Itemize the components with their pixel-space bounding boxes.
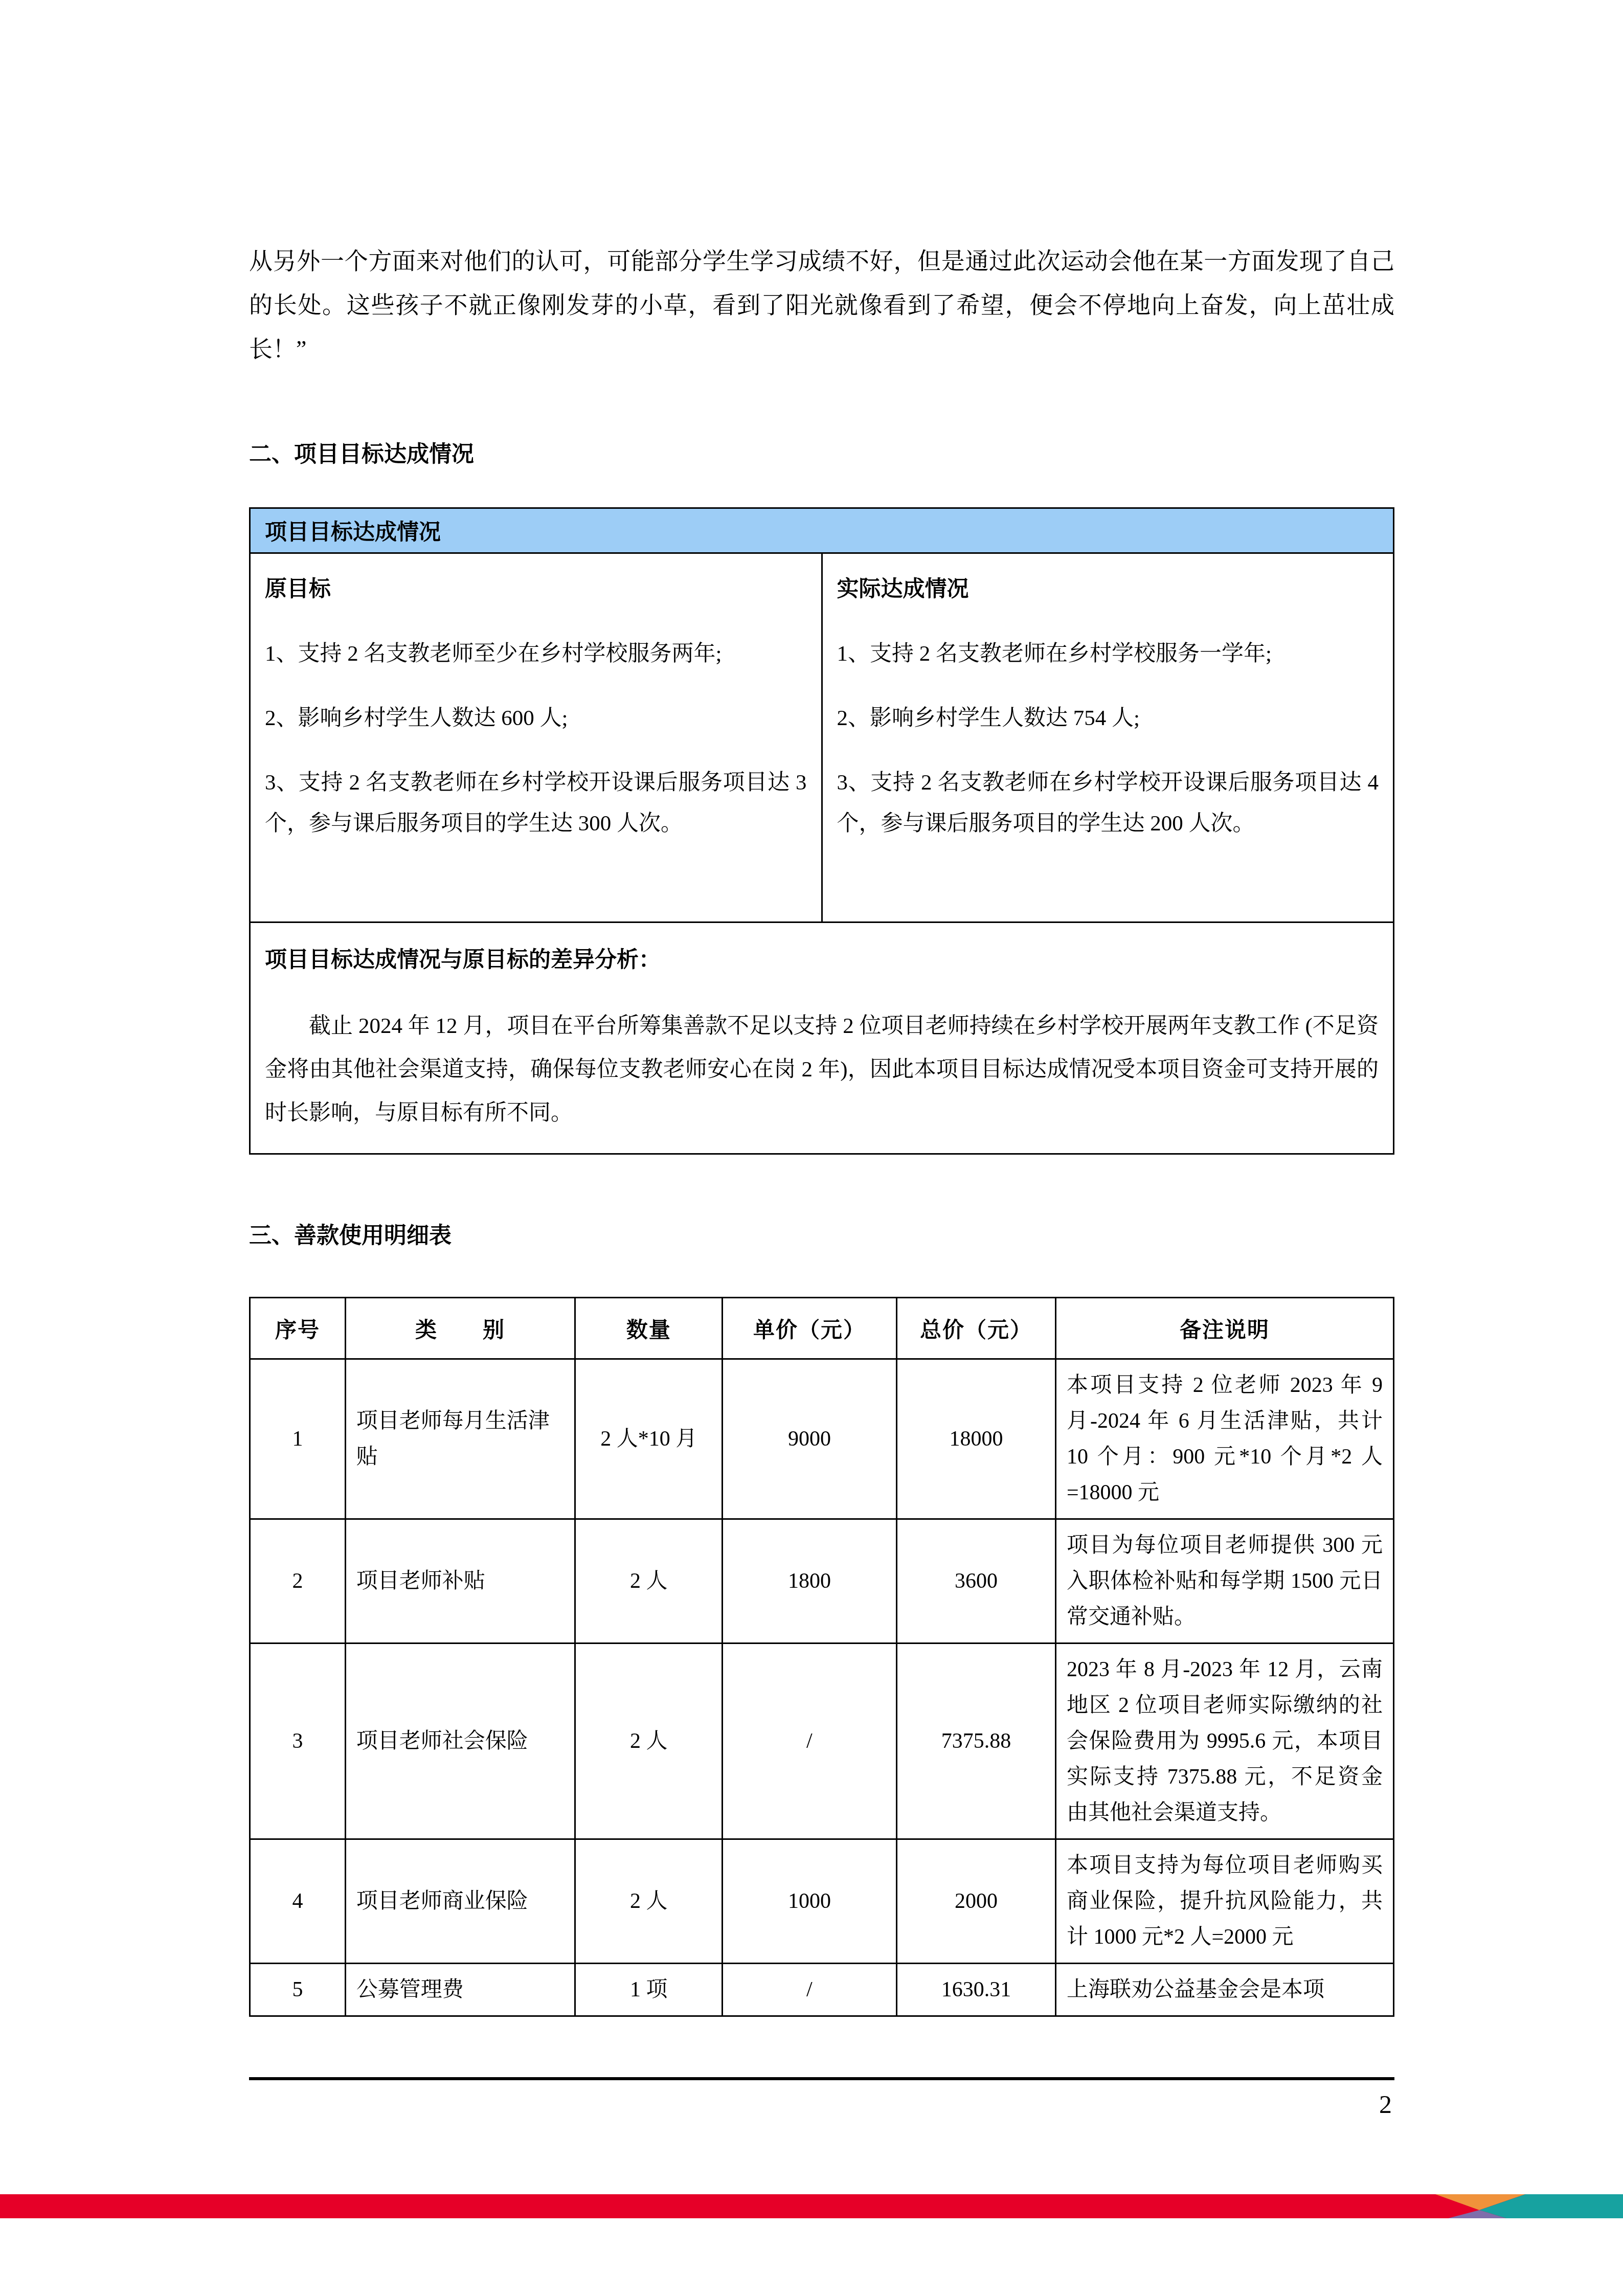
goals-table: 项目目标达成情况 原目标 1、支持 2 名支教老师至少在乡村学校服务两年; 2、…	[249, 507, 1394, 1155]
original-goal-item: 1、支持 2 名支教老师至少在乡村学校服务两年;	[265, 634, 807, 674]
actual-goal-cell: 实际达成情况 1、支持 2 名支教老师在乡村学校服务一学年; 2、影响乡村学生人…	[822, 553, 1394, 922]
original-goal-cell: 原目标 1、支持 2 名支教老师至少在乡村学校服务两年; 2、影响乡村学生人数达…	[250, 553, 822, 922]
actual-goal-item: 2、影响乡村学生人数达 754 人;	[837, 698, 1379, 739]
page-content: 从另外一个方面来对他们的认可，可能部分学生学习成绩不好，但是通过此次运动会他在某…	[249, 239, 1394, 2080]
column-header-unit-price: 单价（元）	[722, 1298, 896, 1359]
cell-unit: 1000	[722, 1839, 896, 1964]
analysis-body: 截止 2024 年 12 月，项目在平台所筹集善款不足以支持 2 位项目老师持续…	[265, 1004, 1379, 1135]
table-row: 5 公募管理费 1 项 / 1630.31 上海联劝公益基金会是本项	[250, 1964, 1394, 2016]
cell-total: 7375.88	[897, 1644, 1056, 1839]
cell-qty: 2 人	[575, 1839, 722, 1964]
cell-qty: 1 项	[575, 1964, 722, 2016]
column-header-note: 备注说明	[1055, 1298, 1393, 1359]
cell-category: 项目老师商业保险	[345, 1839, 575, 1964]
goals-compare-row: 原目标 1、支持 2 名支教老师至少在乡村学校服务两年; 2、影响乡村学生人数达…	[250, 553, 1394, 922]
funds-table: 序号 类 别 数量 单价（元） 总价（元） 备注说明 1 项目老师每月生活津贴 …	[249, 1297, 1394, 2017]
table-row: 1 项目老师每月生活津贴 2 人*10 月 9000 18000 本项目支持 2…	[250, 1359, 1394, 1519]
table-row: 2 项目老师补贴 2 人 1800 3600 项目为每位项目老师提供 300 元…	[250, 1519, 1394, 1644]
cell-unit: 1800	[722, 1519, 896, 1644]
cell-unit: /	[722, 1964, 896, 2016]
goals-table-title: 项目目标达成情况	[250, 508, 1394, 553]
cell-no: 1	[250, 1359, 346, 1519]
cell-category: 项目老师补贴	[345, 1519, 575, 1644]
actual-goal-item: 1、支持 2 名支教老师在乡村学校服务一学年;	[837, 634, 1379, 674]
cell-category: 公募管理费	[345, 1964, 575, 2016]
cell-total: 18000	[897, 1359, 1056, 1519]
cell-qty: 2 人	[575, 1644, 722, 1839]
section-heading-funds: 三、善款使用明细表	[249, 1217, 1394, 1250]
cell-total: 1630.31	[897, 1964, 1056, 2016]
cell-qty: 2 人*10 月	[575, 1359, 722, 1519]
cell-no: 3	[250, 1644, 346, 1839]
cell-total: 3600	[897, 1519, 1056, 1644]
cell-unit: /	[722, 1644, 896, 1839]
intro-paragraph: 从另外一个方面来对他们的认可，可能部分学生学习成绩不好，但是通过此次运动会他在某…	[249, 239, 1394, 371]
column-header-total-price: 总价（元）	[897, 1298, 1056, 1359]
section-heading-goals: 二、项目目标达成情况	[249, 436, 1394, 468]
goals-analysis-row: 项目目标达成情况与原目标的差异分析： 截止 2024 年 12 月，项目在平台所…	[250, 922, 1394, 1154]
cell-note: 本项目支持 2 位老师 2023 年 9 月-2024 年 6 月生活津贴，共计…	[1055, 1359, 1393, 1519]
analysis-title: 项目目标达成情况与原目标的差异分析：	[265, 938, 1379, 982]
cell-note: 本项目支持为每位项目老师购买商业保险，提升抗风险能力，共计 1000 元*2 人…	[1055, 1839, 1393, 1964]
column-header-no: 序号	[250, 1298, 346, 1359]
original-goal-item: 3、支持 2 名支教老师在乡村学校开设课后服务项目达 3 个，参与课后服务项目的…	[265, 762, 807, 844]
cell-note: 2023 年 8 月-2023 年 12 月，云南地区 2 位项目老师实际缴纳的…	[1055, 1644, 1393, 1839]
column-header-qty: 数量	[575, 1298, 722, 1359]
table-row: 3 项目老师社会保险 2 人 / 7375.88 2023 年 8 月-2023…	[250, 1644, 1394, 1839]
column-header-category: 类 别	[345, 1298, 575, 1359]
footer-decoration	[1406, 2194, 1623, 2218]
actual-goal-title: 实际达成情况	[837, 569, 1379, 610]
footer-bar	[0, 2194, 1623, 2218]
funds-table-header-row: 序号 类 别 数量 单价（元） 总价（元） 备注说明	[250, 1298, 1394, 1359]
original-goal-title: 原目标	[265, 569, 807, 610]
cell-note: 上海联劝公益基金会是本项	[1055, 1964, 1393, 2016]
actual-goal-item: 3、支持 2 名支教老师在乡村学校开设课后服务项目达 4 个，参与课后服务项目的…	[837, 762, 1379, 844]
goals-table-header-row: 项目目标达成情况	[250, 508, 1394, 553]
page-number: 2	[1379, 2089, 1392, 2119]
cell-no: 5	[250, 1964, 346, 2016]
cell-category: 项目老师社会保险	[345, 1644, 575, 1839]
table-row: 4 项目老师商业保险 2 人 1000 2000 本项目支持为每位项目老师购买商…	[250, 1839, 1394, 1964]
cell-no: 4	[250, 1839, 346, 1964]
cell-total: 2000	[897, 1839, 1056, 1964]
cell-qty: 2 人	[575, 1519, 722, 1644]
analysis-cell: 项目目标达成情况与原目标的差异分析： 截止 2024 年 12 月，项目在平台所…	[250, 922, 1394, 1154]
cell-unit: 9000	[722, 1359, 896, 1519]
funds-table-clip: 序号 类 别 数量 单价（元） 总价（元） 备注说明 1 项目老师每月生活津贴 …	[249, 1297, 1394, 2080]
cell-category: 项目老师每月生活津贴	[345, 1359, 575, 1519]
cell-note: 项目为每位项目老师提供 300 元入职体检补贴和每学期 1500 元日常交通补贴…	[1055, 1519, 1393, 1644]
original-goal-item: 2、影响乡村学生人数达 600 人;	[265, 698, 807, 739]
cell-no: 2	[250, 1519, 346, 1644]
document-page: 从另外一个方面来对他们的认可，可能部分学生学习成绩不好，但是通过此次运动会他在某…	[0, 0, 1623, 2296]
